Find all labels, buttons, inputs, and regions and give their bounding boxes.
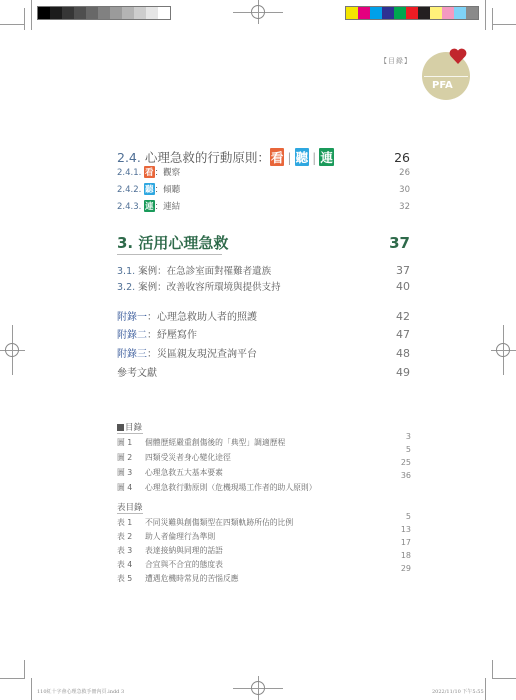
table-page-number: 5	[395, 512, 411, 521]
toc-entry-3-1[interactable]: 3.1. 案例：在急診室面對罹難者遺族 37	[117, 263, 410, 277]
table-label: 表 2	[117, 531, 145, 542]
crop-mark	[0, 678, 25, 679]
link-chip: 連	[319, 148, 334, 166]
table-title: 助人者倫理行為準則	[145, 532, 215, 541]
listen-chip: 聽	[295, 148, 310, 166]
section-number: 3.2.	[117, 282, 135, 293]
color-swatch	[98, 7, 110, 19]
color-swatch	[50, 7, 62, 19]
crop-mark	[24, 660, 25, 678]
table-entry-5[interactable]: 表 5遭遇危機時常見的苦惱反應	[117, 573, 239, 584]
toc-appendix-1[interactable]: 附錄一：心理急救助人者的照護 42	[117, 308, 410, 323]
color-swatch	[86, 7, 98, 19]
color-swatch	[358, 7, 370, 19]
section-number: 2.4.	[117, 150, 141, 165]
color-swatch	[134, 7, 146, 19]
section-title: 案例：改善收容所環境與提供支持	[138, 282, 281, 293]
figure-title: 心理急救五大基本要素	[145, 468, 223, 477]
table-label: 表 4	[117, 559, 145, 570]
figures-title-underline	[117, 433, 143, 434]
page-number: 26	[394, 150, 410, 165]
chapter-title: 3. 活用心理急救	[117, 232, 228, 253]
crop-mark	[0, 24, 25, 25]
table-title: 合宜與不合宜的態度表	[145, 560, 223, 569]
table-title: 表達接納與同理的話語	[145, 546, 223, 555]
toc-appendix-2[interactable]: 附錄二：紓壓寫作 47	[117, 326, 410, 341]
figures-list-title: 目錄	[117, 421, 142, 433]
color-swatch	[442, 7, 454, 19]
page-number: 40	[396, 280, 410, 293]
figure-label: 圖 3	[117, 467, 145, 478]
figure-title: 四類受災者身心變化途徑	[145, 453, 231, 462]
section-title: 心理急救的行動原則：	[145, 150, 270, 165]
color-swatch	[394, 7, 406, 19]
toc-entry-title: 2.4. 心理急救的行動原則：看|聽|連	[117, 148, 334, 166]
table-page-number: 13	[395, 525, 411, 534]
color-swatch	[346, 7, 358, 19]
toc-appendix-3[interactable]: 附錄三：災區親友現況查詢平台 48	[117, 345, 410, 360]
crop-mark	[31, 678, 32, 700]
figure-entry-1[interactable]: 圖 1個體歷經嚴重創傷後的「典型」調適歷程	[117, 437, 285, 448]
table-label: 表 5	[117, 573, 145, 584]
table-page-number: 17	[395, 538, 411, 547]
crop-mark	[492, 678, 516, 679]
figure-page-number: 3	[395, 432, 411, 441]
figure-label: 圖 1	[117, 437, 145, 448]
figure-entry-3[interactable]: 圖 3心理急救五大基本要素	[117, 467, 223, 478]
table-label: 表 1	[117, 517, 145, 528]
figure-page-number: 36	[395, 471, 411, 480]
color-swatch	[418, 7, 430, 19]
color-swatch	[74, 7, 86, 19]
crop-mark	[485, 678, 486, 700]
crop-mark	[24, 8, 25, 30]
listen-chip: 聽	[144, 183, 155, 195]
references-title: 參考文獻	[117, 364, 157, 379]
section-title: ：連結	[155, 202, 181, 212]
color-swatch	[454, 7, 466, 19]
section-number: 2.4.2.	[117, 185, 141, 195]
appendix-title: ：心理急救助人者的照護	[147, 312, 257, 323]
table-entry-3[interactable]: 表 3表達接納與同理的話語	[117, 545, 223, 556]
figure-mark-icon	[117, 424, 124, 431]
slug-filename: 110紅十字會心理急救手冊內頁.indd 3	[37, 688, 124, 695]
toc-chapter-3[interactable]: 3. 活用心理急救 37	[117, 232, 410, 253]
table-title: 不同災難與創傷類型在四類軌跡所佔的比例	[145, 518, 293, 527]
appendix-title: ：紓壓寫作	[147, 330, 197, 341]
tables-list-title: 表目錄	[117, 501, 143, 513]
page-number: 48	[396, 347, 410, 360]
page-number: 37	[389, 234, 410, 252]
appendix-number: 附錄二	[117, 330, 147, 341]
registration-target-icon	[251, 5, 265, 19]
separator: |	[312, 150, 316, 165]
page-number: 26	[399, 168, 410, 178]
separator: |	[287, 150, 291, 165]
slug-timestamp: 2022/11/10 下午5:55	[432, 688, 484, 695]
look-chip: 看	[270, 148, 285, 166]
color-swatch	[122, 7, 134, 19]
toc-entry-2-4[interactable]: 2.4. 心理急救的行動原則：看|聽|連 26	[117, 148, 410, 166]
page-number: 49	[396, 366, 410, 379]
look-chip: 看	[144, 166, 155, 178]
figure-title: 心理急救行動原則（危機現場工作者的助人原則）	[145, 483, 317, 492]
section-number: 2.4.1.	[117, 168, 141, 178]
figure-title: 個體歷經嚴重創傷後的「典型」調適歷程	[145, 438, 285, 447]
appendix-number: 附錄一	[117, 312, 147, 323]
toc-entry-2-4-1[interactable]: 2.4.1. 看：觀察 26	[117, 166, 410, 178]
figure-entry-4[interactable]: 圖 4心理急救行動原則（危機現場工作者的助人原則）	[117, 482, 317, 493]
table-page-number: 29	[395, 564, 411, 573]
figure-page-number: 5	[395, 445, 411, 454]
section-label: 【目錄】	[380, 56, 412, 66]
color-swatch	[430, 7, 442, 19]
figure-entry-2[interactable]: 圖 2四類受災者身心變化途徑	[117, 452, 231, 463]
color-swatch	[382, 7, 394, 19]
cmyk-color-bar	[345, 6, 479, 20]
color-swatch	[406, 7, 418, 19]
crop-mark	[492, 660, 493, 678]
registration-target-icon	[5, 343, 19, 357]
grayscale-color-bar	[37, 6, 171, 20]
figure-page-number: 25	[395, 458, 411, 467]
crop-mark	[492, 24, 516, 25]
color-swatch	[62, 7, 74, 19]
link-chip: 連	[144, 200, 155, 212]
crop-mark	[485, 0, 486, 30]
figures-title-text: 目錄	[125, 423, 142, 433]
chapter-underline	[117, 254, 222, 255]
figure-label: 圖 4	[117, 482, 145, 493]
page-number: 42	[396, 310, 410, 323]
page-number: 47	[396, 328, 410, 341]
color-swatch	[370, 7, 382, 19]
color-swatch	[110, 7, 122, 19]
toc-entry-2-4-3[interactable]: 2.4.3. 連：連結 32	[117, 200, 410, 212]
figure-label: 圖 2	[117, 452, 145, 463]
table-entry-1[interactable]: 表 1不同災難與創傷類型在四類軌跡所佔的比例	[117, 517, 293, 528]
crop-mark	[492, 8, 493, 30]
page-number: 37	[396, 264, 410, 277]
crop-mark	[31, 0, 32, 30]
toc-references[interactable]: 參考文獻 49	[117, 364, 410, 379]
table-entry-4[interactable]: 表 4合宜與不合宜的態度表	[117, 559, 223, 570]
table-page-number: 18	[395, 551, 411, 560]
section-title: ：觀察	[155, 168, 181, 178]
section-number: 2.4.3.	[117, 202, 141, 212]
toc-entry-3-2[interactable]: 3.2. 案例：改善收容所環境與提供支持 40	[117, 279, 410, 293]
color-swatch	[146, 7, 158, 19]
section-title: ：傾聽	[155, 185, 181, 195]
registration-target-icon	[251, 681, 265, 695]
logo-text: PFA	[432, 80, 453, 91]
page-number: 32	[399, 202, 410, 212]
section-title: 案例：在急診室面對罹難者遺族	[138, 266, 271, 277]
heartbeat-line-icon	[424, 76, 468, 77]
color-swatch	[158, 7, 170, 19]
section-number: 3.1.	[117, 266, 135, 277]
table-label: 表 3	[117, 545, 145, 556]
appendix-title: ：災區親友現況查詢平台	[147, 349, 257, 360]
table-entry-2[interactable]: 表 2助人者倫理行為準則	[117, 531, 215, 542]
page-number: 30	[399, 185, 410, 195]
color-swatch	[466, 7, 478, 19]
heart-icon	[448, 46, 468, 66]
appendix-number: 附錄三	[117, 349, 147, 360]
toc-entry-2-4-2[interactable]: 2.4.2. 聽：傾聽 30	[117, 183, 410, 195]
tables-title-underline	[117, 513, 143, 514]
color-swatch	[38, 7, 50, 19]
registration-target-icon	[496, 343, 510, 357]
table-title: 遭遇危機時常見的苦惱反應	[145, 574, 239, 583]
